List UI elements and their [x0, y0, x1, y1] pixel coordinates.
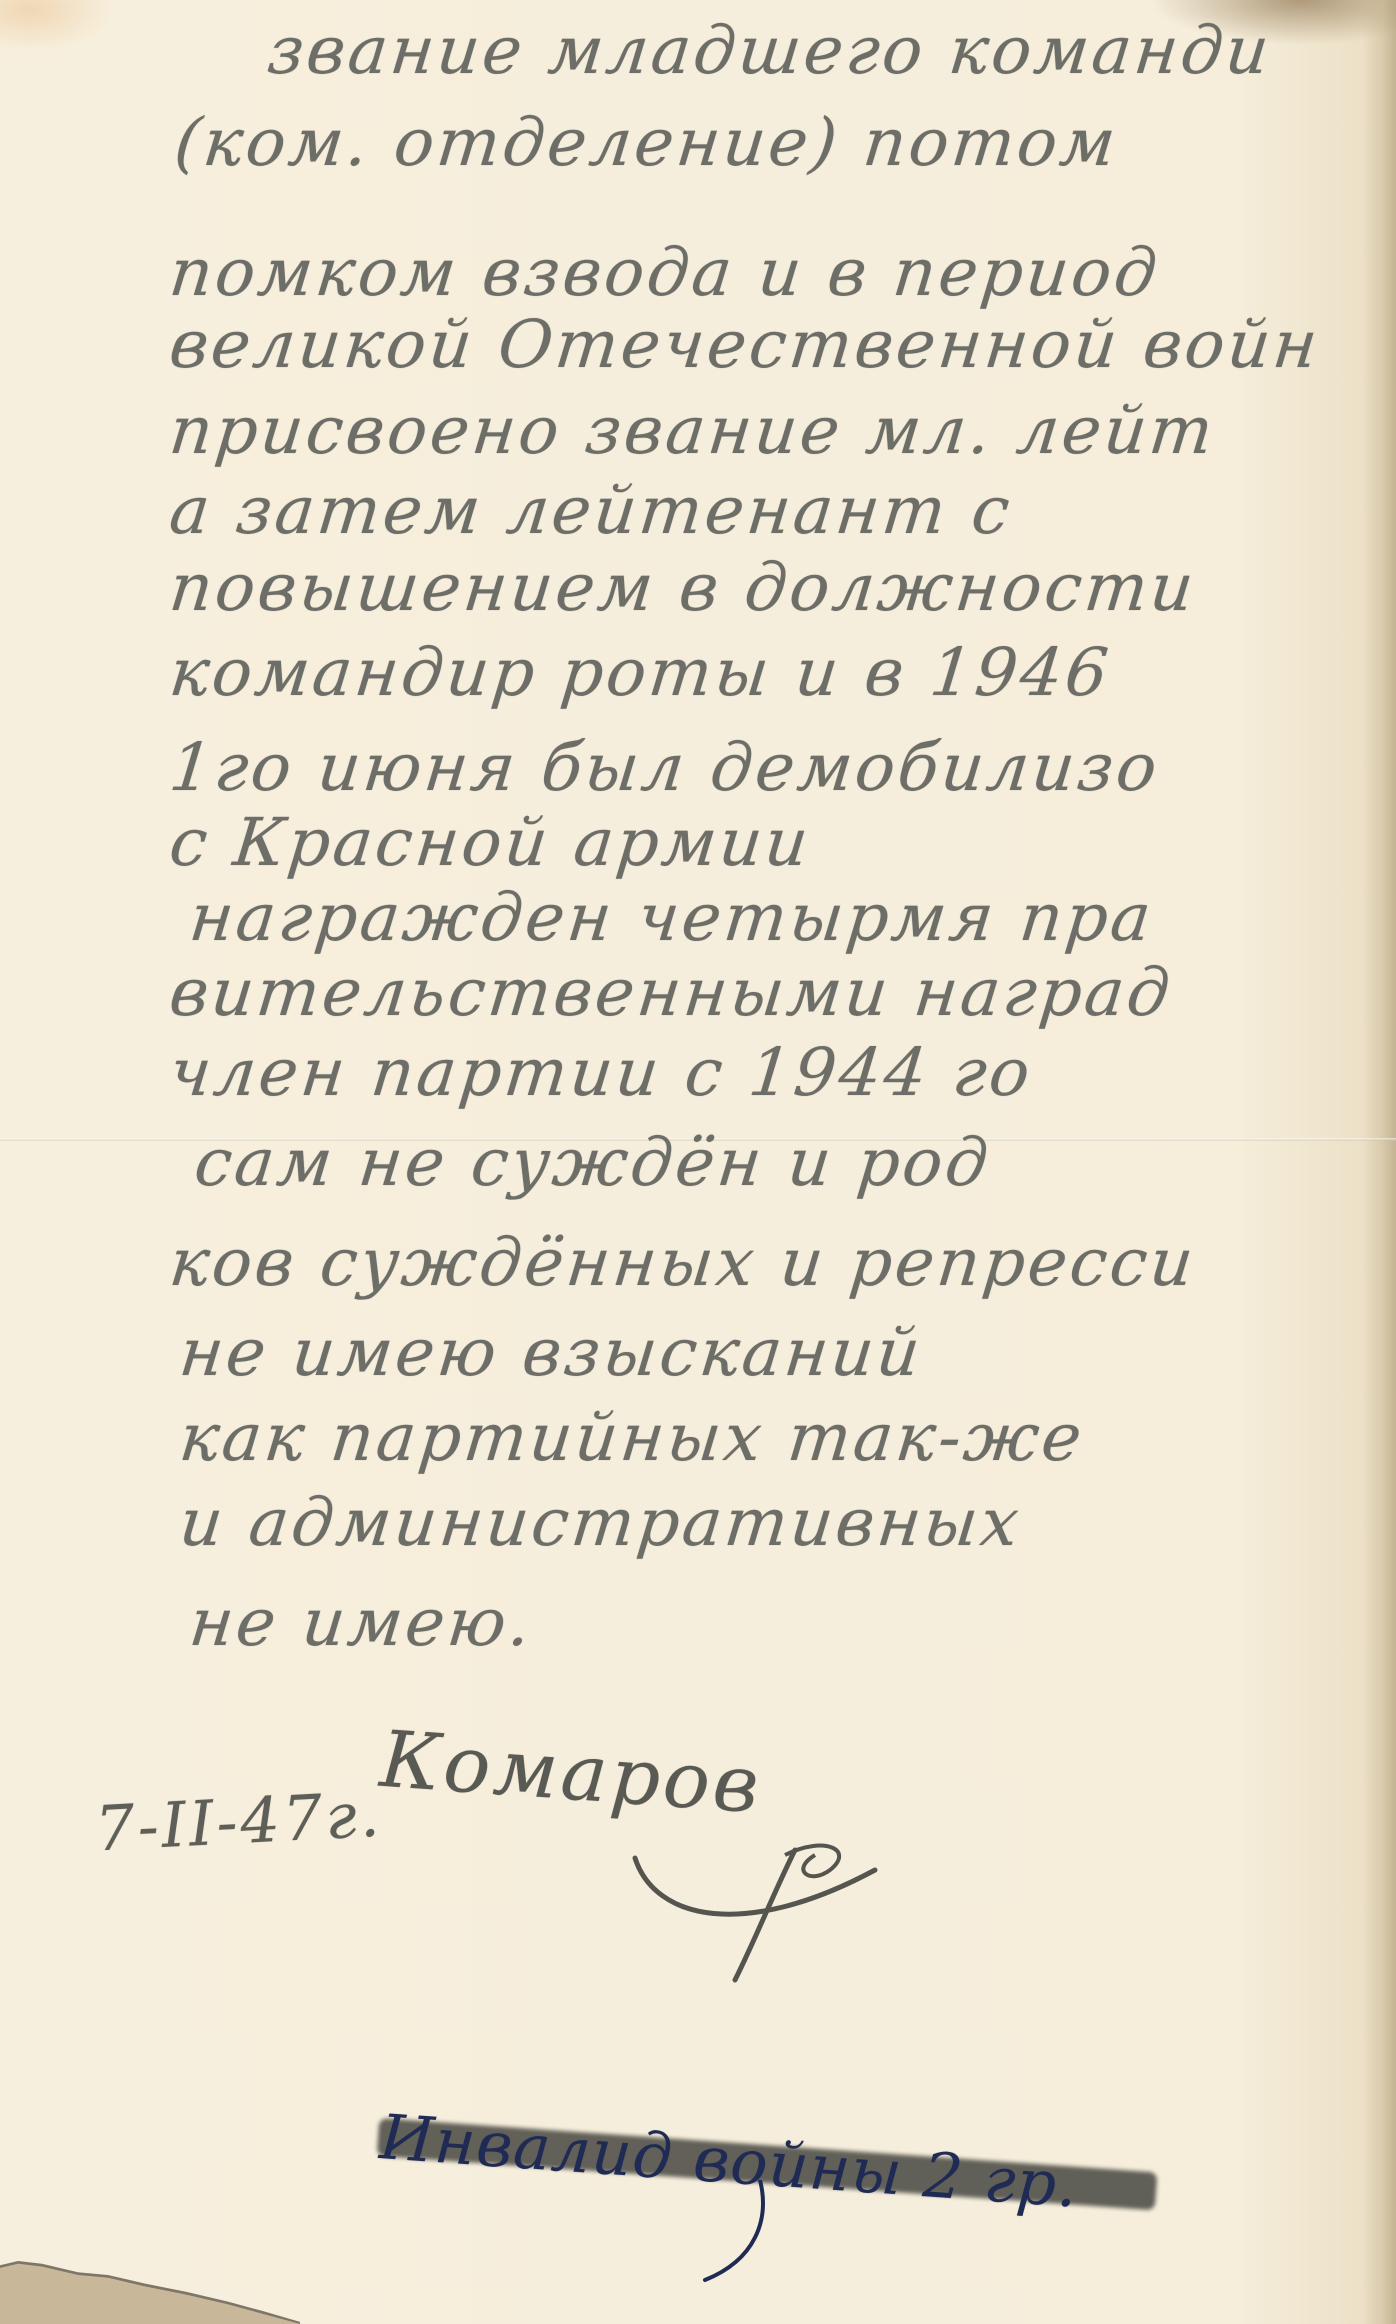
handwritten-line-16: не имею взысканий — [177, 1320, 926, 1386]
signature: Комаров — [377, 1715, 764, 1831]
ink-descender-stroke — [700, 2180, 830, 2290]
handwritten-line-3: помком взвода и в период — [167, 240, 1163, 306]
handwritten-line-6: а затем лейтенант с — [167, 478, 1016, 544]
handwritten-line-1: звание младшего команди — [265, 18, 1275, 84]
handwritten-line-14: сам не суждён и род — [192, 1130, 994, 1196]
handwritten-line-17: как партийных так-же — [177, 1405, 1088, 1471]
handwritten-line-10: с Красной армии — [167, 810, 815, 876]
torn-paper-corner — [0, 2254, 300, 2324]
handwritten-line-9: 1го июня был демобилизо — [167, 735, 1163, 801]
handwritten-line-8: командир роты и в 1946 — [167, 640, 1114, 706]
handwritten-line-13: член партии с 1944 го — [167, 1040, 1036, 1106]
handwritten-line-18: и административных — [177, 1490, 1025, 1556]
handwritten-line-11: награжден четырмя пра — [187, 885, 1157, 951]
document-page: звание младшего команди (ком. отделение)… — [0, 0, 1396, 2324]
document-date: 7-II-47г. — [93, 1778, 384, 1866]
handwritten-line-7: повышением в должности — [167, 555, 1200, 621]
handwritten-line-4: великой Отечественной войн — [167, 312, 1324, 378]
handwritten-line-5: присвоено звание мл. лейт — [167, 398, 1219, 464]
handwritten-line-2: (ком. отделение) потом — [172, 110, 1122, 176]
signature-flourish — [625, 1830, 905, 1990]
handwritten-line-15: ков суждённых и репресси — [167, 1230, 1200, 1296]
handwritten-line-19: не имею. — [187, 1590, 537, 1656]
page-edge-shadow — [1362, 0, 1396, 2324]
handwritten-line-12: вительственными наград — [167, 960, 1176, 1026]
